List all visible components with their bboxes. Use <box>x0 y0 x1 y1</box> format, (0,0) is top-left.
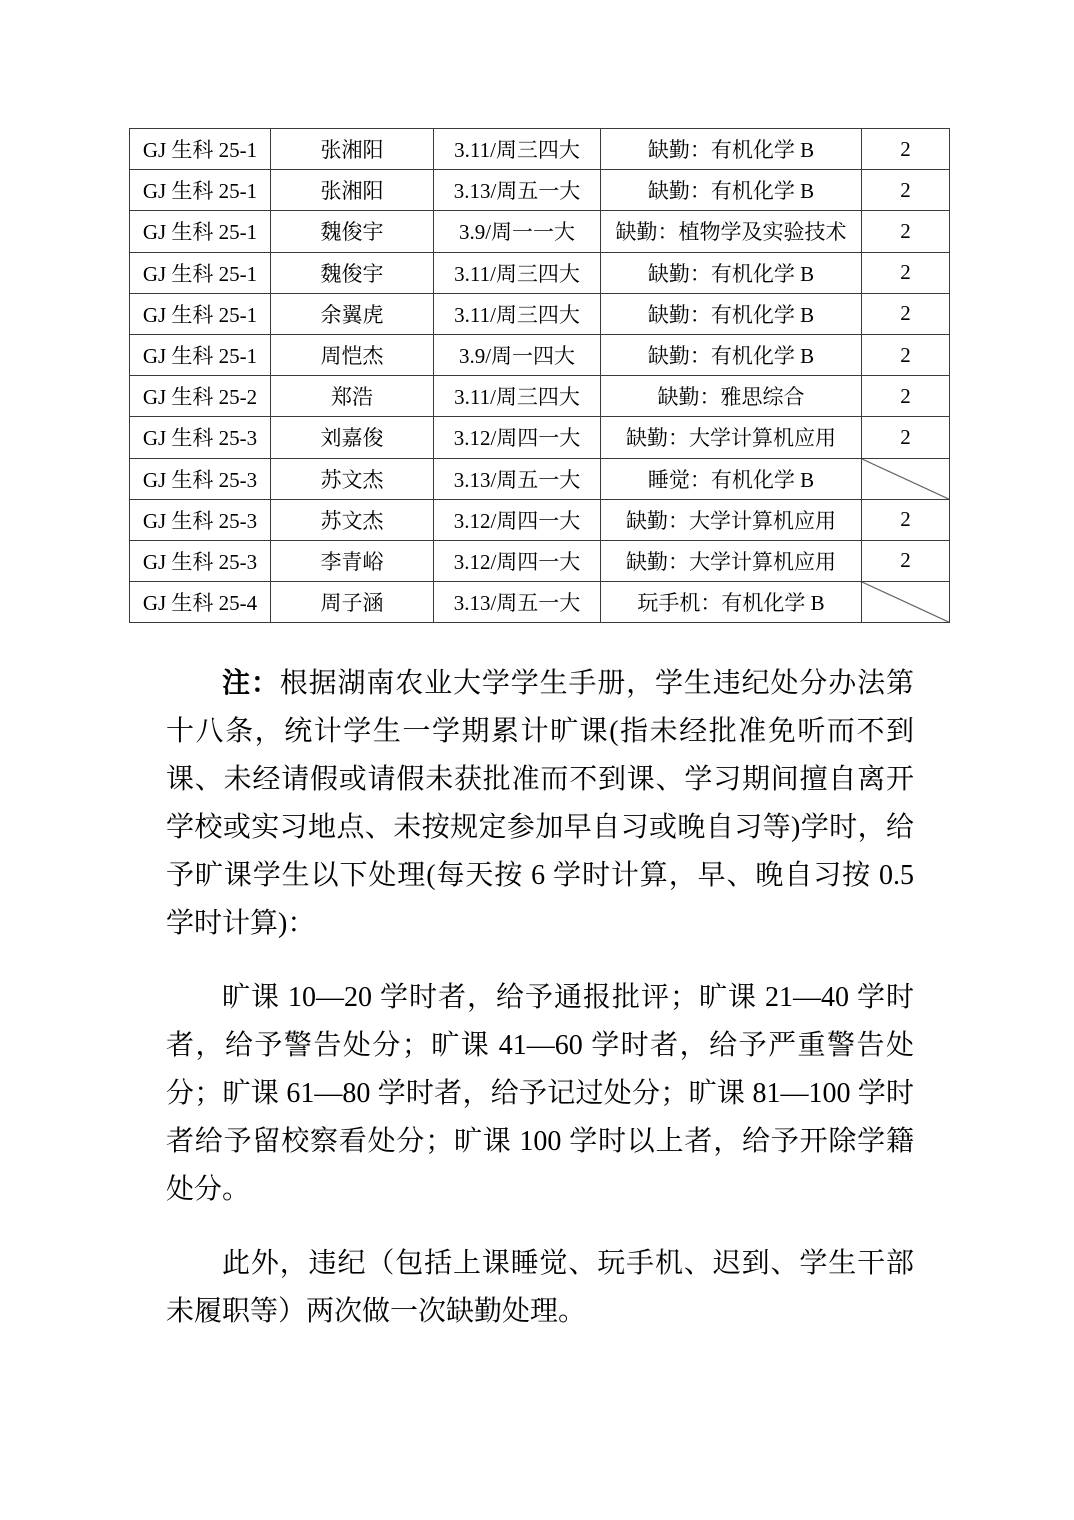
cell-count <box>862 458 950 499</box>
note-paragraph-1-text: 根据湖南农业大学学生手册，学生违纪处分办法第十八条，统计学生一学期累计旷课(指未… <box>166 668 914 939</box>
cell-reason: 玩手机：有机化学 B <box>601 582 862 623</box>
notes-section: 注：根据湖南农业大学学生手册，学生违纪处分办法第十八条，统计学生一学期累计旷课(… <box>166 660 914 1336</box>
cell-class: GJ 生科 25-1 <box>130 293 271 334</box>
cell-date: 3.12/周四一大 <box>434 540 601 581</box>
cell-date: 3.11/周三四大 <box>434 376 601 417</box>
cell-count: 2 <box>862 129 950 170</box>
cell-class: GJ 生科 25-1 <box>130 129 271 170</box>
table-row: GJ 生科 25-1张湘阳3.11/周三四大缺勤：有机化学 B2 <box>130 129 950 170</box>
cell-student: 张湘阳 <box>271 170 434 211</box>
attendance-table: GJ 生科 25-1张湘阳3.11/周三四大缺勤：有机化学 B2GJ 生科 25… <box>129 128 950 623</box>
cell-student: 张湘阳 <box>271 129 434 170</box>
cell-student: 苏文杰 <box>271 458 434 499</box>
note-label: 注： <box>222 668 280 699</box>
table-row: GJ 生科 25-3刘嘉俊3.12/周四一大缺勤：大学计算机应用2 <box>130 417 950 458</box>
cell-count: 2 <box>862 540 950 581</box>
cell-count: 2 <box>862 211 950 252</box>
cell-class: GJ 生科 25-1 <box>130 211 271 252</box>
cell-count: 2 <box>862 252 950 293</box>
table-row: GJ 生科 25-1魏俊宇3.9/周一一大缺勤：植物学及实验技术2 <box>130 211 950 252</box>
cell-student: 李青峪 <box>271 540 434 581</box>
cell-student: 郑浩 <box>271 376 434 417</box>
cell-student: 魏俊宇 <box>271 211 434 252</box>
cell-count: 2 <box>862 170 950 211</box>
cell-student: 余翼虎 <box>271 293 434 334</box>
table-row: GJ 生科 25-1魏俊宇3.11/周三四大缺勤：有机化学 B2 <box>130 252 950 293</box>
cell-date: 3.13/周五一大 <box>434 582 601 623</box>
cell-date: 3.11/周三四大 <box>434 293 601 334</box>
cell-reason: 缺勤：有机化学 B <box>601 129 862 170</box>
note-paragraph-1: 注：根据湖南农业大学学生手册，学生违纪处分办法第十八条，统计学生一学期累计旷课(… <box>166 660 914 948</box>
cell-reason: 缺勤：大学计算机应用 <box>601 540 862 581</box>
cell-class: GJ 生科 25-1 <box>130 170 271 211</box>
diagonal-slash-icon <box>862 582 949 622</box>
cell-student: 周子涵 <box>271 582 434 623</box>
cell-date: 3.12/周四一大 <box>434 417 601 458</box>
cell-class: GJ 生科 25-4 <box>130 582 271 623</box>
cell-class: GJ 生科 25-1 <box>130 252 271 293</box>
cell-reason: 缺勤：植物学及实验技术 <box>601 211 862 252</box>
cell-reason: 缺勤：有机化学 B <box>601 334 862 375</box>
table-row: GJ 生科 25-1张湘阳3.13/周五一大缺勤：有机化学 B2 <box>130 170 950 211</box>
cell-student: 刘嘉俊 <box>271 417 434 458</box>
table-row: GJ 生科 25-4周子涵3.13/周五一大玩手机：有机化学 B <box>130 582 950 623</box>
cell-reason: 缺勤：有机化学 B <box>601 293 862 334</box>
cell-count <box>862 582 950 623</box>
cell-reason: 缺勤：大学计算机应用 <box>601 417 862 458</box>
cell-date: 3.9/周一四大 <box>434 334 601 375</box>
cell-class: GJ 生科 25-3 <box>130 458 271 499</box>
cell-class: GJ 生科 25-3 <box>130 540 271 581</box>
cell-count: 2 <box>862 417 950 458</box>
table-row: GJ 生科 25-2郑浩3.11/周三四大缺勤：雅思综合2 <box>130 376 950 417</box>
cell-student: 苏文杰 <box>271 499 434 540</box>
attendance-table-body: GJ 生科 25-1张湘阳3.11/周三四大缺勤：有机化学 B2GJ 生科 25… <box>130 129 950 623</box>
cell-date: 3.11/周三四大 <box>434 252 601 293</box>
note-paragraph-3: 此外，违纪（包括上课睡觉、玩手机、迟到、学生干部未履职等）两次做一次缺勤处理。 <box>166 1240 914 1336</box>
cell-date: 3.12/周四一大 <box>434 499 601 540</box>
cell-student: 周恺杰 <box>271 334 434 375</box>
cell-count: 2 <box>862 293 950 334</box>
cell-student: 魏俊宇 <box>271 252 434 293</box>
cell-count: 2 <box>862 376 950 417</box>
cell-date: 3.11/周三四大 <box>434 129 601 170</box>
cell-reason: 缺勤：大学计算机应用 <box>601 499 862 540</box>
cell-class: GJ 生科 25-1 <box>130 334 271 375</box>
cell-count: 2 <box>862 499 950 540</box>
cell-class: GJ 生科 25-3 <box>130 499 271 540</box>
table-row: GJ 生科 25-3苏文杰3.12/周四一大缺勤：大学计算机应用2 <box>130 499 950 540</box>
cell-reason: 缺勤：有机化学 B <box>601 170 862 211</box>
note-paragraph-2: 旷课 10—20 学时者，给予通报批评；旷课 21—40 学时者，给予警告处分；… <box>166 974 914 1214</box>
table-row: GJ 生科 25-1周恺杰3.9/周一四大缺勤：有机化学 B2 <box>130 334 950 375</box>
table-row: GJ 生科 25-1余翼虎3.11/周三四大缺勤：有机化学 B2 <box>130 293 950 334</box>
cell-date: 3.9/周一一大 <box>434 211 601 252</box>
table-row: GJ 生科 25-3苏文杰3.13/周五一大睡觉：有机化学 B <box>130 458 950 499</box>
cell-class: GJ 生科 25-3 <box>130 417 271 458</box>
cell-class: GJ 生科 25-2 <box>130 376 271 417</box>
cell-reason: 缺勤：有机化学 B <box>601 252 862 293</box>
table-row: GJ 生科 25-3李青峪3.12/周四一大缺勤：大学计算机应用2 <box>130 540 950 581</box>
diagonal-slash-icon <box>862 459 949 499</box>
cell-count: 2 <box>862 334 950 375</box>
cell-date: 3.13/周五一大 <box>434 170 601 211</box>
document-page: GJ 生科 25-1张湘阳3.11/周三四大缺勤：有机化学 B2GJ 生科 25… <box>0 0 1074 1520</box>
cell-reason: 睡觉：有机化学 B <box>601 458 862 499</box>
cell-date: 3.13/周五一大 <box>434 458 601 499</box>
cell-reason: 缺勤：雅思综合 <box>601 376 862 417</box>
